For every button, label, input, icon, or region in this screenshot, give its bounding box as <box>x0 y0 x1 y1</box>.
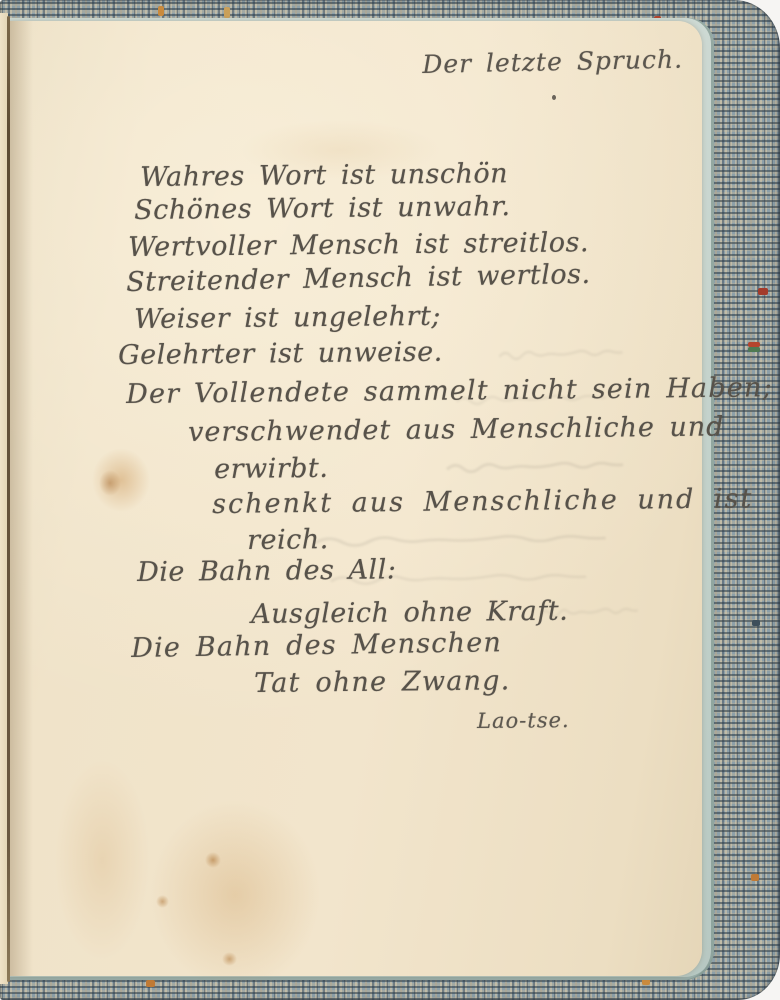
fabric-fleck <box>146 980 155 987</box>
page-title: Der letzte Spruch. <box>422 47 683 77</box>
handwritten-line: erwirbt. <box>214 455 329 483</box>
handwritten-line: schenkt aus Menschliche und ist <box>212 485 753 518</box>
handwritten-line: Der Vollendete sammelt nicht sein Haben; <box>126 374 773 408</box>
fabric-fleck <box>751 874 759 881</box>
handwritten-line: Die Bahn des All: <box>137 556 396 586</box>
handwritten-line: Tat ohne Zwang. <box>254 667 511 697</box>
handwritten-line: reich. <box>247 526 329 554</box>
ink-dot <box>552 95 556 100</box>
handwritten-line: Wahres Wort ist unschön <box>140 160 508 191</box>
handwritten-line: Gelehrter ist unweise. <box>118 339 443 369</box>
handwritten-line: Wertvoller Mensch ist streitlos. <box>128 229 589 261</box>
handwritten-line: verschwendet aus Menschliche und <box>188 413 725 446</box>
handwritten-line: Schönes Wort ist unwahr. <box>134 193 511 224</box>
author-signature: Lao-tse. <box>477 710 570 732</box>
book-gutter <box>7 16 10 982</box>
photograph-of-notebook: Der letzte Spruch. Wahres Wort ist unsch… <box>0 0 780 1000</box>
fabric-fleck <box>752 620 760 626</box>
handwritten-line: Die Bahn des Menschen <box>131 629 502 662</box>
fabric-fleck <box>224 7 230 18</box>
handwritten-line: Streitender Mensch ist wertlos. <box>126 261 591 296</box>
gutter-shadow <box>7 21 33 976</box>
handwritten-line: Ausgleich ohne Kraft. <box>251 598 568 628</box>
fabric-fleck <box>758 288 768 295</box>
fabric-fleck <box>748 342 760 347</box>
fabric-fleck <box>158 6 164 16</box>
handwritten-line: Weiser ist ungelehrt; <box>134 303 441 333</box>
